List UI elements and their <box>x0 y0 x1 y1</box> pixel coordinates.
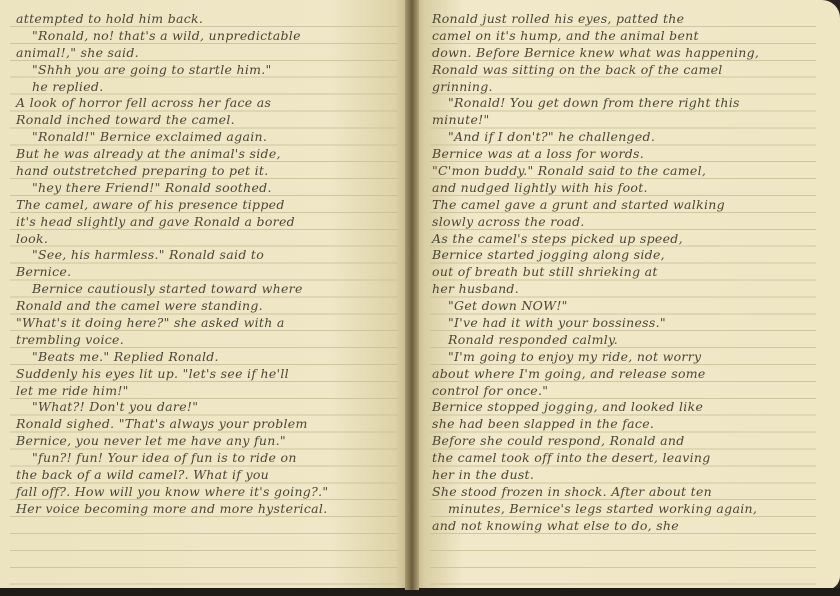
handwritten-line: about where I'm going, and release some <box>432 365 822 382</box>
handwritten-line: Bernice cautiously started toward where <box>16 280 401 297</box>
handwritten-line: "See, his harmless." Ronald said to <box>16 246 401 263</box>
handwritten-line: "What's it doing here?" she asked with a <box>16 314 401 331</box>
handwritten-line: "Ronald!" Bernice exclaimed again. <box>16 128 401 145</box>
handwritten-line: her in the dust. <box>432 466 822 483</box>
handwritten-line: minutes, Bernice's legs started working … <box>432 500 822 517</box>
handwritten-line: and nudged lightly with his foot. <box>432 179 822 196</box>
handwritten-line: Ronald was sitting on the back of the ca… <box>432 61 822 78</box>
handwritten-line: attempted to hold him back. <box>16 10 401 27</box>
handwritten-line: Ronald inched toward the camel. <box>16 111 401 128</box>
notebook-spread: attempted to hold him back."Ronald, no! … <box>0 0 840 590</box>
handwritten-line: control for once." <box>432 382 822 399</box>
handwritten-line: camel on it's hump, and the animal bent <box>432 27 822 44</box>
right-page-text: Ronald just rolled his eyes, patted thec… <box>432 10 822 534</box>
handwritten-line: look. <box>16 230 401 247</box>
handwritten-line: it's head slightly and gave Ronald a bor… <box>16 213 401 230</box>
handwritten-line: out of breath but still shrieking at <box>432 263 822 280</box>
handwritten-line: "Ronald, no! that's a wild, unpredictabl… <box>16 27 401 44</box>
left-page-text: attempted to hold him back."Ronald, no! … <box>16 10 401 517</box>
handwritten-line: the back of a wild camel?. What if you <box>16 466 401 483</box>
handwritten-line: Her voice becoming more and more hysteri… <box>16 500 401 517</box>
handwritten-line: "Ronald! You get down from there right t… <box>432 94 822 111</box>
handwritten-line: Ronald and the camel were standing. <box>16 297 401 314</box>
handwritten-line: "And if I don't?" he challenged. <box>432 128 822 145</box>
handwritten-line: down. Before Bernice knew what was happe… <box>432 44 822 61</box>
handwritten-line: Bernice, you never let me have any fun." <box>16 432 401 449</box>
handwritten-line: fall off?. How will you know where it's … <box>16 483 401 500</box>
handwritten-line: animal!," she said. <box>16 44 401 61</box>
right-page: Ronald just rolled his eyes, patted thec… <box>412 0 840 590</box>
handwritten-line: Bernice stopped jogging, and looked like <box>432 398 822 415</box>
handwritten-line: he replied. <box>16 78 401 95</box>
handwritten-line: "fun?! fun! Your idea of fun is to ride … <box>16 449 401 466</box>
handwritten-line: "C'mon buddy." Ronald said to the camel, <box>432 162 822 179</box>
handwritten-line: Suddenly his eyes lit up. "let's see if … <box>16 365 401 382</box>
handwritten-line: Before she could respond, Ronald and <box>432 432 822 449</box>
handwritten-line: slowly across the road. <box>432 213 822 230</box>
handwritten-line: and not knowing what else to do, she <box>432 517 822 534</box>
handwritten-line: "What?! Don't you dare!" <box>16 398 401 415</box>
handwritten-line: Bernice. <box>16 263 401 280</box>
handwritten-line: minute!" <box>432 111 822 128</box>
notebook-spine <box>405 0 419 590</box>
handwritten-line: "Shhh you are going to startle him." <box>16 61 401 78</box>
handwritten-line: she had been slapped in the face. <box>432 415 822 432</box>
handwritten-line: As the camel's steps picked up speed, <box>432 230 822 247</box>
handwritten-line: trembling voice. <box>16 331 401 348</box>
handwritten-line: "hey there Friend!" Ronald soothed. <box>16 179 401 196</box>
handwritten-line: her husband. <box>432 280 822 297</box>
handwritten-line: Bernice was at a loss for words. <box>432 145 822 162</box>
handwritten-line: Ronald just rolled his eyes, patted the <box>432 10 822 27</box>
handwritten-line: The camel, aware of his presence tipped <box>16 196 401 213</box>
handwritten-line: "I'm going to enjoy my ride, not worry <box>432 348 822 365</box>
handwritten-line: grinning. <box>432 78 822 95</box>
handwritten-line: She stood frozen in shock. After about t… <box>432 483 822 500</box>
left-page: attempted to hold him back."Ronald, no! … <box>0 0 412 590</box>
handwritten-line: Ronald responded calmly. <box>432 331 822 348</box>
handwritten-line: But he was already at the animal's side, <box>16 145 401 162</box>
handwritten-line: A look of horror fell across her face as <box>16 94 401 111</box>
handwritten-line: The camel gave a grunt and started walki… <box>432 196 822 213</box>
handwritten-line: the camel took off into the desert, leav… <box>432 449 822 466</box>
handwritten-line: Bernice started jogging along side, <box>432 246 822 263</box>
handwritten-line: hand outstretched preparing to pet it. <box>16 162 401 179</box>
handwritten-line: "I've had it with your bossiness." <box>432 314 822 331</box>
handwritten-line: Ronald sighed. "That's always your probl… <box>16 415 401 432</box>
handwritten-line: "Get down NOW!" <box>432 297 822 314</box>
handwritten-line: "Beats me." Replied Ronald. <box>16 348 401 365</box>
notebook-bottom-edge <box>0 588 840 596</box>
handwritten-line: let me ride him!" <box>16 382 401 399</box>
